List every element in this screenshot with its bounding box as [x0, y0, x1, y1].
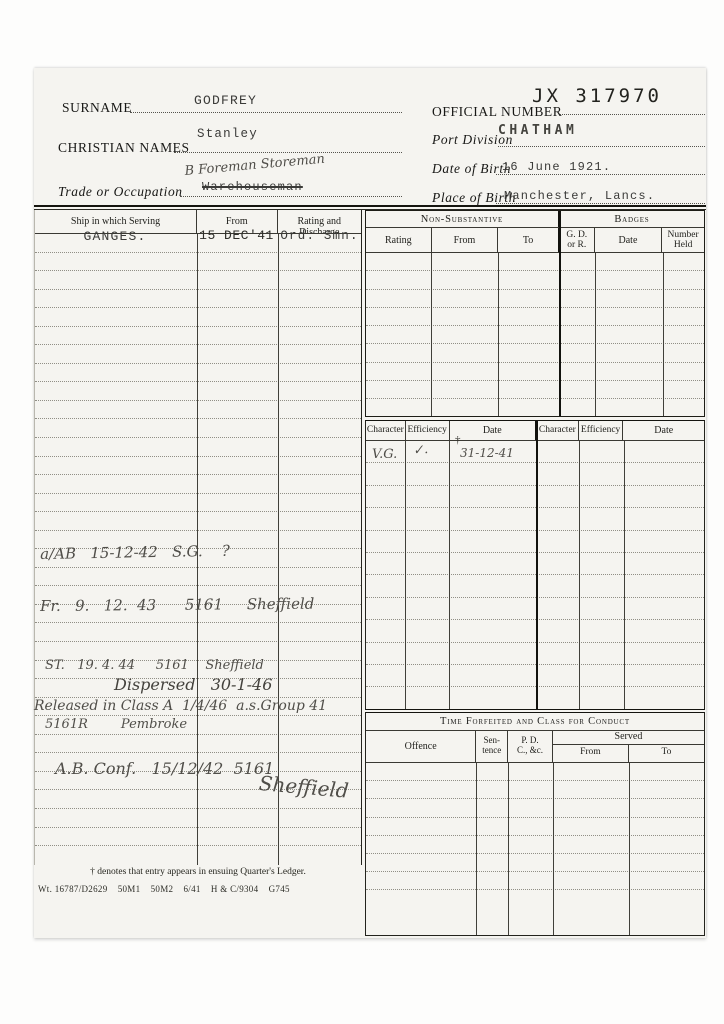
- non-substantive-badges-table: Non-Substantive Badges Rating From To G.…: [365, 210, 705, 417]
- badges-divider-vline: [559, 211, 561, 416]
- surname-label: SURNAME: [62, 100, 132, 116]
- table-vline: [595, 253, 596, 416]
- dob-dotted-leader: [496, 174, 705, 175]
- ledger-row: [366, 620, 704, 642]
- pdc-col-header: P. D. C., &c.: [507, 731, 552, 762]
- ledger-row: [366, 308, 704, 326]
- port-division-dotted-leader: [498, 146, 705, 147]
- ledger-row: [366, 643, 704, 665]
- ledger-row: [35, 364, 361, 383]
- efficiency-col-header: Efficiency: [405, 421, 449, 440]
- date-col-header: Date: [449, 421, 535, 440]
- ledger-row: [366, 872, 704, 890]
- ledger-row: [35, 809, 361, 828]
- table-vline: [508, 763, 509, 935]
- sentence-col-header: Sen- tence: [475, 731, 507, 762]
- handwritten-entry: Fr. 9. 12. 43 5161 Sheffield: [40, 595, 314, 615]
- surname-dotted-leader: [130, 112, 402, 113]
- ledger-row: [366, 818, 704, 836]
- dob-value: 16 June 1921.: [502, 160, 611, 174]
- handwritten-entry: a/AB 15-12-42 S.G. ?: [40, 542, 230, 563]
- ledger-row: [366, 271, 704, 289]
- print-code: Wt. 16787/D2629 50M1 50M2 6/41 H & C/930…: [38, 884, 290, 894]
- efficiency-col-header: Efficiency: [578, 421, 623, 440]
- ledger-row: [366, 344, 704, 362]
- non-substantive-group-header: Non-Substantive: [366, 211, 558, 227]
- center-divider-vline: [536, 421, 538, 709]
- pob-dotted-leader: [496, 203, 705, 204]
- typed-rating-value: Ord. Smn.: [277, 229, 362, 243]
- rating-col-header: Rating: [366, 228, 431, 252]
- ledger-row: [366, 553, 704, 575]
- pob-value: Manchester, Lancs.: [504, 189, 655, 203]
- handwritten-entry: Dispersed 30-1-46: [114, 675, 272, 694]
- ledger-row: [35, 475, 361, 494]
- date-col-header: Date: [594, 228, 662, 252]
- ledger-row: [366, 854, 704, 872]
- served-to-col-header: To: [628, 745, 704, 762]
- ledger-row: [35, 308, 361, 327]
- handwritten-entry: A.B. Conf. 15/12/42 5161: [55, 759, 274, 778]
- christian-names-value: Stanley: [197, 127, 258, 141]
- ledger-row: [35, 382, 361, 401]
- table-vline: [476, 763, 477, 935]
- dagger-mark: †: [455, 434, 461, 446]
- time-forfeited-table: Time Forfeited and Class for Conduct Off…: [365, 712, 705, 936]
- ledger-row: [35, 568, 361, 587]
- table-vline: [579, 441, 580, 709]
- scanned-page-background: { "header": { "surname_label": "SURNAME"…: [0, 0, 724, 1024]
- ledger-row: [366, 531, 704, 553]
- character-date-value: 31-12-41: [460, 446, 514, 460]
- trade-struck-value: Warehouseman: [202, 180, 303, 194]
- table-vline: [498, 253, 499, 416]
- to-col-header: To: [497, 228, 558, 252]
- handwritten-entry: Released in Class A 1/4/46 a.s.Group 41: [34, 698, 327, 714]
- ledger-row: [35, 623, 361, 642]
- served-from-col-header: From: [553, 745, 628, 762]
- table-vline: [629, 763, 630, 935]
- efficiency-check-mark: ✓.: [412, 442, 429, 459]
- christian-names-label: CHRISTIAN NAMES: [58, 140, 190, 156]
- ledger-row: [366, 290, 704, 308]
- ledger-row: [366, 763, 704, 781]
- ledger-row: [35, 457, 361, 476]
- ledger-row: [35, 735, 361, 754]
- ledger-row: [366, 508, 704, 530]
- from-col-header: From: [431, 228, 498, 252]
- non-substantive-rows: [366, 253, 704, 414]
- table-vline: [624, 441, 625, 709]
- service-record-card: SURNAME GODFREY CHRISTIAN NAMES Stanley …: [34, 68, 706, 938]
- ledger-row: [35, 846, 361, 862]
- time-forfeited-rows: [366, 763, 704, 891]
- served-label: Served: [553, 731, 704, 745]
- ledger-row: [366, 463, 704, 485]
- trade-dotted-leader: [180, 196, 402, 197]
- ledger-row: [35, 512, 361, 531]
- offence-col-header: Offence: [366, 731, 475, 762]
- ledger-row: [366, 253, 704, 271]
- handwritten-entry: ST. 19. 4. 44 5161 Sheffield: [45, 658, 264, 673]
- table-vline: [405, 441, 406, 709]
- gd-or-r-col-header: G. D. or R.: [558, 228, 594, 252]
- ledger-row: [366, 799, 704, 817]
- ledger-row: [35, 345, 361, 364]
- table-vline: [553, 763, 554, 935]
- ledger-row: [35, 419, 361, 438]
- character-table-rows: [366, 441, 704, 707]
- table-vline: [431, 253, 432, 416]
- table-vline: [663, 253, 664, 416]
- ledger-row: [35, 494, 361, 513]
- ledger-row: [35, 401, 361, 420]
- handwritten-entry: 5161R Pembroke: [45, 717, 187, 732]
- official-number-stamp: JX 317970: [532, 85, 662, 107]
- served-group-header: Served From To: [552, 731, 704, 762]
- badges-group-header: Badges: [558, 211, 704, 227]
- ledger-row: [35, 828, 361, 847]
- ship-table-vline-2: [278, 234, 279, 865]
- official-number-dotted-leader: [560, 114, 705, 115]
- table-vline: [449, 441, 450, 709]
- ledger-row: [35, 438, 361, 457]
- typed-ship-value: GANGES.: [34, 229, 196, 244]
- date-col-header: Date: [622, 421, 704, 440]
- christian-names-dotted-leader: [174, 152, 402, 153]
- trade-label: Trade or Occupation: [58, 184, 183, 200]
- ledger-row: [366, 687, 704, 707]
- number-held-col-header: Number Held: [661, 228, 704, 252]
- character-col-header: Character: [535, 421, 578, 440]
- time-forfeited-title: Time Forfeited and Class for Conduct: [366, 713, 704, 731]
- ledger-row: [35, 327, 361, 346]
- trade-handwritten-value: B Foreman Storeman: [184, 152, 325, 179]
- ledger-row: [35, 253, 361, 272]
- typed-from-value: 15 DEC'41: [196, 228, 277, 243]
- ledger-row: [366, 381, 704, 399]
- ledger-row: [366, 836, 704, 854]
- ledger-row: [366, 665, 704, 687]
- ledger-row: [366, 326, 704, 344]
- ledger-row: [35, 271, 361, 290]
- ledger-row: [35, 290, 361, 309]
- character-value: V.G.: [372, 447, 397, 462]
- character-col-header: Character: [366, 421, 405, 440]
- dagger-footnote: † denotes that entry appears in ensuing …: [34, 867, 362, 877]
- ledger-row: [366, 399, 704, 414]
- ledger-row: [366, 781, 704, 799]
- character-efficiency-table: Character Efficiency Date Character Effi…: [365, 420, 705, 710]
- ledger-row: [366, 363, 704, 381]
- surname-value: GODFREY: [194, 93, 257, 108]
- ledger-row: [366, 486, 704, 508]
- ledger-row: [366, 575, 704, 597]
- ledger-row: [366, 598, 704, 620]
- port-division-stamp: CHATHAM: [498, 123, 577, 138]
